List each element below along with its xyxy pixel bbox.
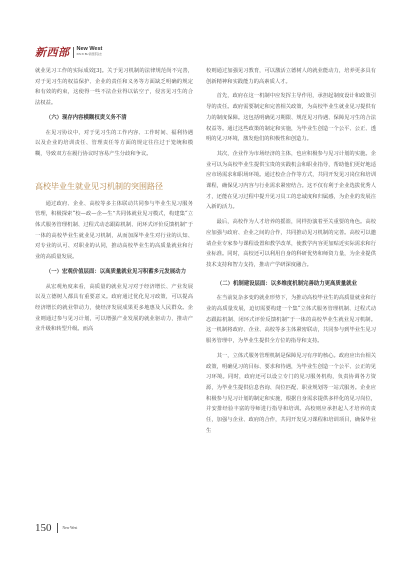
paragraph: 在当前复杂多变的就业形势下，为推动高校毕业生的高质量就业和行业的高质量发展，迫切… — [206, 293, 376, 347]
page-footer: 150 New West — [35, 522, 77, 534]
masthead: 新西部 New West XIN XI BU 新西部杂志 — [35, 44, 102, 60]
paragraph: 首先，政府在这一机制中应发挥主导作用，承担起制度设计和政策引导的责任。政府需要制… — [206, 91, 376, 145]
page-number: 150 — [35, 522, 52, 534]
logo-chinese: 新西部 — [35, 44, 70, 60]
paragraph: 就业见习工作的实际成效[3]。关于见习机制的法律规范尚不完善，对于见习生的权益保… — [35, 66, 193, 109]
subheading: （二）机制建设层面：以多维度机制完善助力更高质量就业 — [206, 279, 376, 290]
right-column: 校则通过加强见习教育，可以激活立德树人的就业能动力，培养更多具有创新精神和实践能… — [206, 66, 376, 437]
paragraph: 校则通过加强见习教育，可以激活立德树人的就业能动力，培养更多具有创新精神和实践能… — [206, 66, 376, 87]
footer-divider — [57, 523, 58, 533]
publication-name: New West — [63, 526, 78, 530]
paragraph: 其次，企业作为市场经济的主体，也应积极参与见习计划的实施。企业可以为高校毕业生提… — [206, 149, 376, 213]
paragraph: 最后，高校作为人才培养的摇篮，同样扮演着至关重要的角色。高校应加强与政府、企业之… — [206, 217, 376, 271]
logo-english: New West XIN XI BU 新西部杂志 — [77, 47, 103, 56]
paragraph: 从宏观角度来看，高质量的就业见习对于经济增长、产业发展以及立德树人都具有重要意义… — [35, 282, 193, 336]
logo-english-subtitle: XIN XI BU 新西部杂志 — [77, 54, 103, 57]
paragraph: 在见习协议中，对于见习生的工作内容、工作时间、福利待遇以及企业的培训责任、管理责… — [35, 128, 193, 160]
paragraph: 通过政府、企业、高校等多主体联动共同参与毕业生见习服务管理，积极探索“校—政—企… — [35, 199, 193, 263]
subheading: （一）宏观价值层面：以高质量就业见习积蓄多元发展动力 — [35, 267, 193, 278]
logo-divider — [73, 47, 74, 58]
paragraph: 其一，立体式服务管理机制是保障见习有序的核心。政府应出台相关政策，明确见习的目标… — [206, 351, 376, 437]
left-column: 就业见习工作的实际成效[3]。关于见习机制的法律规范尚不完善，对于见习生的权益保… — [35, 66, 193, 335]
section-title: 高校毕业生就业见习机制的突围路径 — [35, 180, 193, 193]
subheading: （六）现存内容模糊权责义务不清 — [35, 113, 193, 124]
